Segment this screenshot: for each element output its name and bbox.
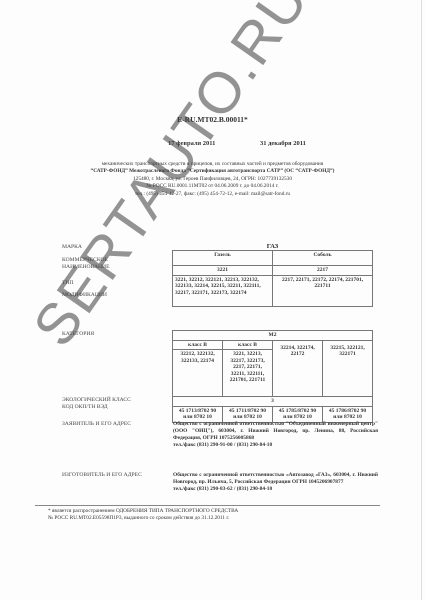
label-commercial-name: КОММЕРЧЕСКОЕ НАИМЕНОВАНИЕ <box>62 257 152 271</box>
label-manufacturer: ИЗГОТОВИТЕЛЬ И ЕГО АДРЕС <box>62 472 142 479</box>
issuer-block: механических транспортных средств и приц… <box>40 161 385 198</box>
issue-date: 17 февраля 2011 <box>168 140 215 147</box>
models-table: Газель Соболь 3221 2217 3221, 32212, 322… <box>172 250 373 307</box>
code-alt: или 8702 10 <box>275 414 320 421</box>
category-models-4: 32215, 322121, 322171 <box>323 340 373 397</box>
model-name-gazel: Газель <box>173 251 273 266</box>
footnote-line-2: № РОСС RU.MT02.E05598П1Р3, выданного со … <box>48 515 368 522</box>
applicant-phone: тел./факс (831) 290-91-00 / (831) 290-84… <box>173 442 378 449</box>
label-applicant: ЗАЯВИТЕЛЬ И ЕГО АДРЕС <box>62 421 131 428</box>
model-type-gazel: 3221 <box>173 266 273 276</box>
label-brand: МАРКА <box>62 244 82 251</box>
label-eco-class: ЭКОЛОГИЧЕСКИЙ КЛАСС <box>62 397 131 404</box>
applicant-block: Общество с ограниченной ответственностью… <box>173 421 378 449</box>
label-modifications: МОДИФИКАЦИИ <box>62 292 107 299</box>
modifications-gazel: 3221, 32212, 322121, 32213, 322132, 3221… <box>173 275 273 306</box>
certificate-number: E-RU.MT02.B.00011* <box>0 115 425 124</box>
certificate-page: E-RU.MT02.B.00011* 17 февраля 2011 31 де… <box>0 0 425 600</box>
issuer-line-5: тел.: (495) 454-42-27, факс: (495) 454-7… <box>40 191 385 198</box>
applicant-text: Общество с ограниченной ответственностью… <box>173 421 378 442</box>
footnote-divider <box>35 505 380 506</box>
issuer-line-2: “САТР-ФОНД” Межотраслевого Фонда “Сертиф… <box>40 168 385 175</box>
model-type-sobol: 2217 <box>273 266 373 276</box>
issuer-line-4: № РОСС RU.0001.11МТ02 от 04.06.2009 г. д… <box>40 183 385 190</box>
manufacturer-phone: тел./факс (831) 290-83-62 / (831) 290-84… <box>173 486 378 493</box>
issuer-line-3: 125480, г. Москва, ул. Героев Панфиловце… <box>40 176 385 183</box>
brand-value: ГАЗ <box>172 243 373 250</box>
code-cell-3: 45 1785/8702 90или 8702 10 <box>273 406 323 422</box>
category-class-1: класс В <box>173 340 223 350</box>
code-alt: или 8702 10 <box>225 414 270 421</box>
manufacturer-block: Общество с ограниченной ответственностью… <box>173 472 378 493</box>
label-category: КАТЕГОРИЯ <box>62 331 94 338</box>
code-alt: или 8702 10 <box>325 414 370 421</box>
category-models-3: 32214, 322174, 22172 <box>273 340 323 397</box>
category-class-2: класс В <box>223 340 273 350</box>
code-cell-1: 45 1713/8702 90или 8702 10 <box>173 406 223 422</box>
category-models-1: 32212, 322132, 322133, 22174 <box>173 350 223 397</box>
category-table: M2 класс В класс В 32214, 322174, 22172 … <box>172 330 373 423</box>
page-edge <box>421 0 422 600</box>
model-name-sobol: Соболь <box>273 251 373 266</box>
footnote: * является распространением ОДОБРЕНИЯ ТИ… <box>48 508 368 522</box>
code-cell-4: 45 1786/8702 90или 8702 10 <box>323 406 373 422</box>
label-tn-ved-code: КОД ОКП/ТН ВЭД <box>62 404 108 411</box>
category-models-2: 3221, 32213, 32217, 322173, 2217, 22171,… <box>223 350 273 397</box>
manufacturer-text: Общество с ограниченной ответственностью… <box>173 472 378 486</box>
modifications-sobol: 2217, 22171, 22172, 22174, 221701, 22171… <box>273 275 373 306</box>
category-value: M2 <box>173 331 373 341</box>
code-alt: или 8702 10 <box>175 414 220 421</box>
label-type: ТИП <box>62 280 74 287</box>
code-cell-2: 45 1711/8702 90или 8702 10 <box>223 406 273 422</box>
valid-until-date: 31 декабря 2011 <box>260 140 306 147</box>
eco-class-value: 3 <box>173 397 373 407</box>
